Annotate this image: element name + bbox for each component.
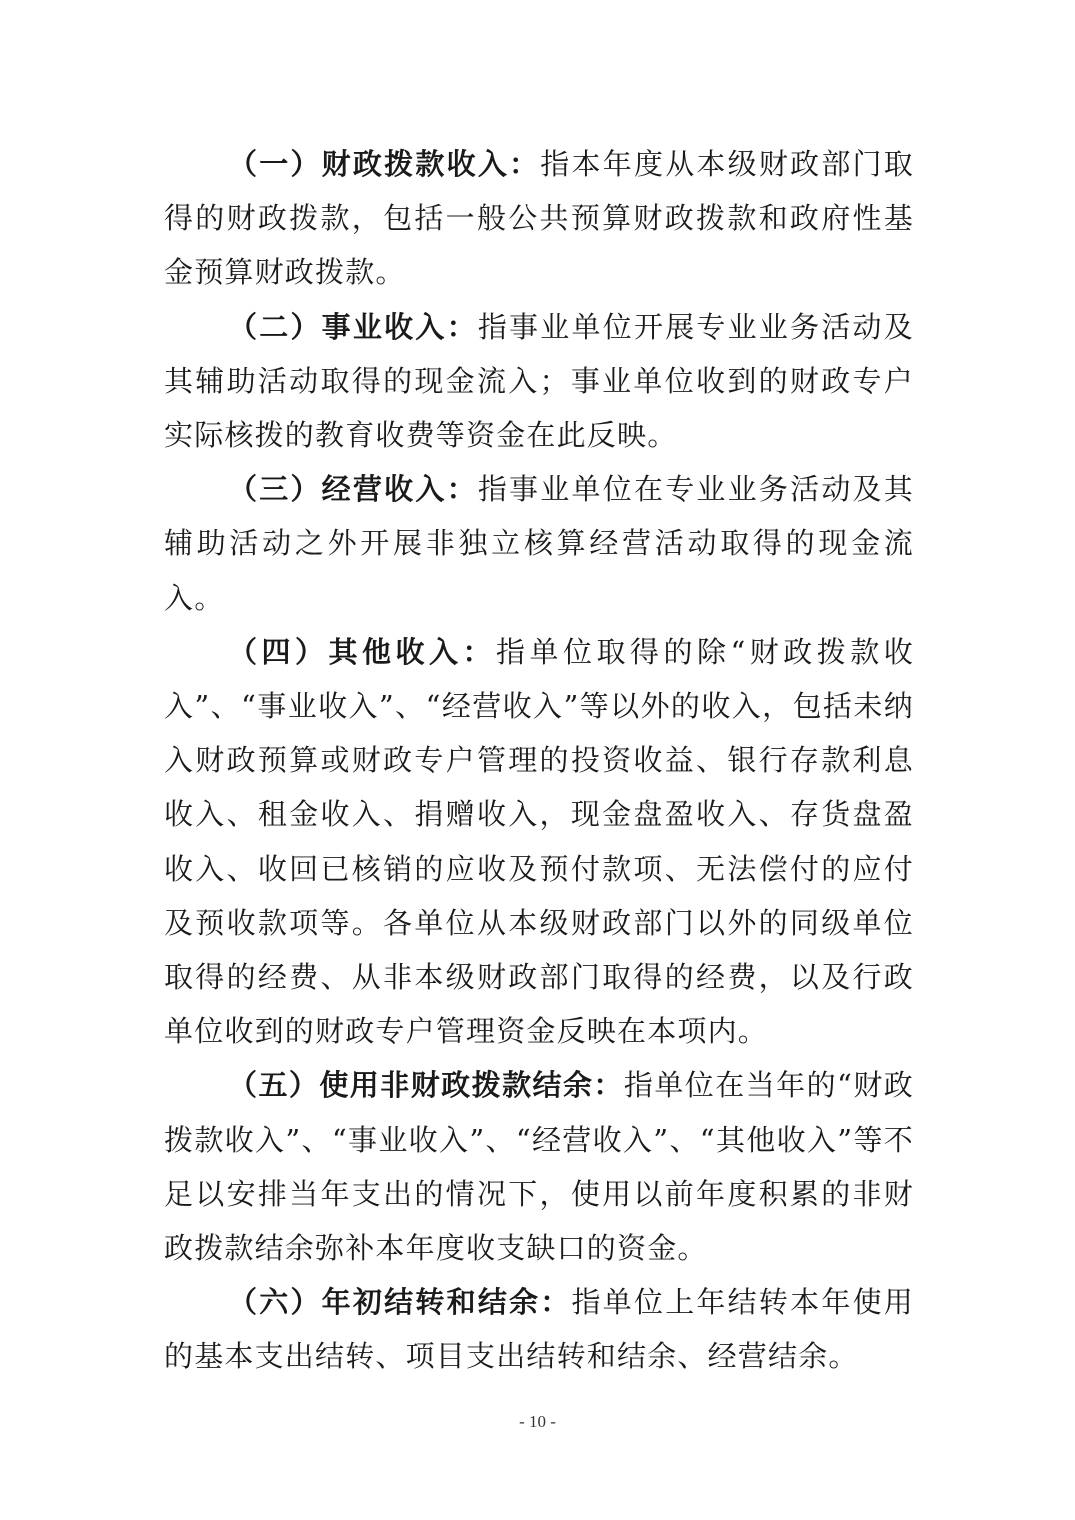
page-number: - 10 -	[0, 1412, 1075, 1432]
paragraph-heading: （六）年初结转和结余：	[228, 1285, 572, 1319]
paragraph-other-income: （四）其他收入：指单位取得的除“财政拨款收入”、“事业收入”、“经营收入”等以外…	[164, 625, 914, 1059]
paragraph-heading: （五）使用非财政拨款结余：	[228, 1068, 624, 1102]
paragraph-text: 指单位取得的除“财政拨款收入”、“事业收入”、“经营收入”等以外的收入，包括未纳…	[164, 635, 914, 1048]
paragraph-operating-income: （三）经营收入：指事业单位在专业业务活动及其辅助活动之外开展非独立核算经营活动取…	[164, 462, 914, 625]
document-body: （一）财政拨款收入：指本年度从本级财政部门取得的财政拨款，包括一般公共预算财政拨…	[164, 137, 914, 1384]
paragraph-heading: （一）财政拨款收入：	[228, 147, 540, 181]
paragraph-heading: （四）其他收入：	[228, 635, 496, 669]
paragraph-fiscal-appropriation-income: （一）财政拨款收入：指本年度从本级财政部门取得的财政拨款，包括一般公共预算财政拨…	[164, 137, 914, 300]
paragraph-carryover-and-balance: （六）年初结转和结余：指单位上年结转本年使用的基本支出结转、项目支出结转和结余、…	[164, 1275, 914, 1383]
paragraph-business-income: （二）事业收入：指事业单位开展专业业务活动及其辅助活动取得的现金流入；事业单位收…	[164, 300, 914, 463]
paragraph-non-fiscal-balance-use: （五）使用非财政拨款结余：指单位在当年的“财政拨款收入”、“事业收入”、“经营收…	[164, 1058, 914, 1275]
paragraph-heading: （二）事业收入：	[228, 310, 478, 344]
paragraph-heading: （三）经营收入：	[228, 472, 478, 506]
